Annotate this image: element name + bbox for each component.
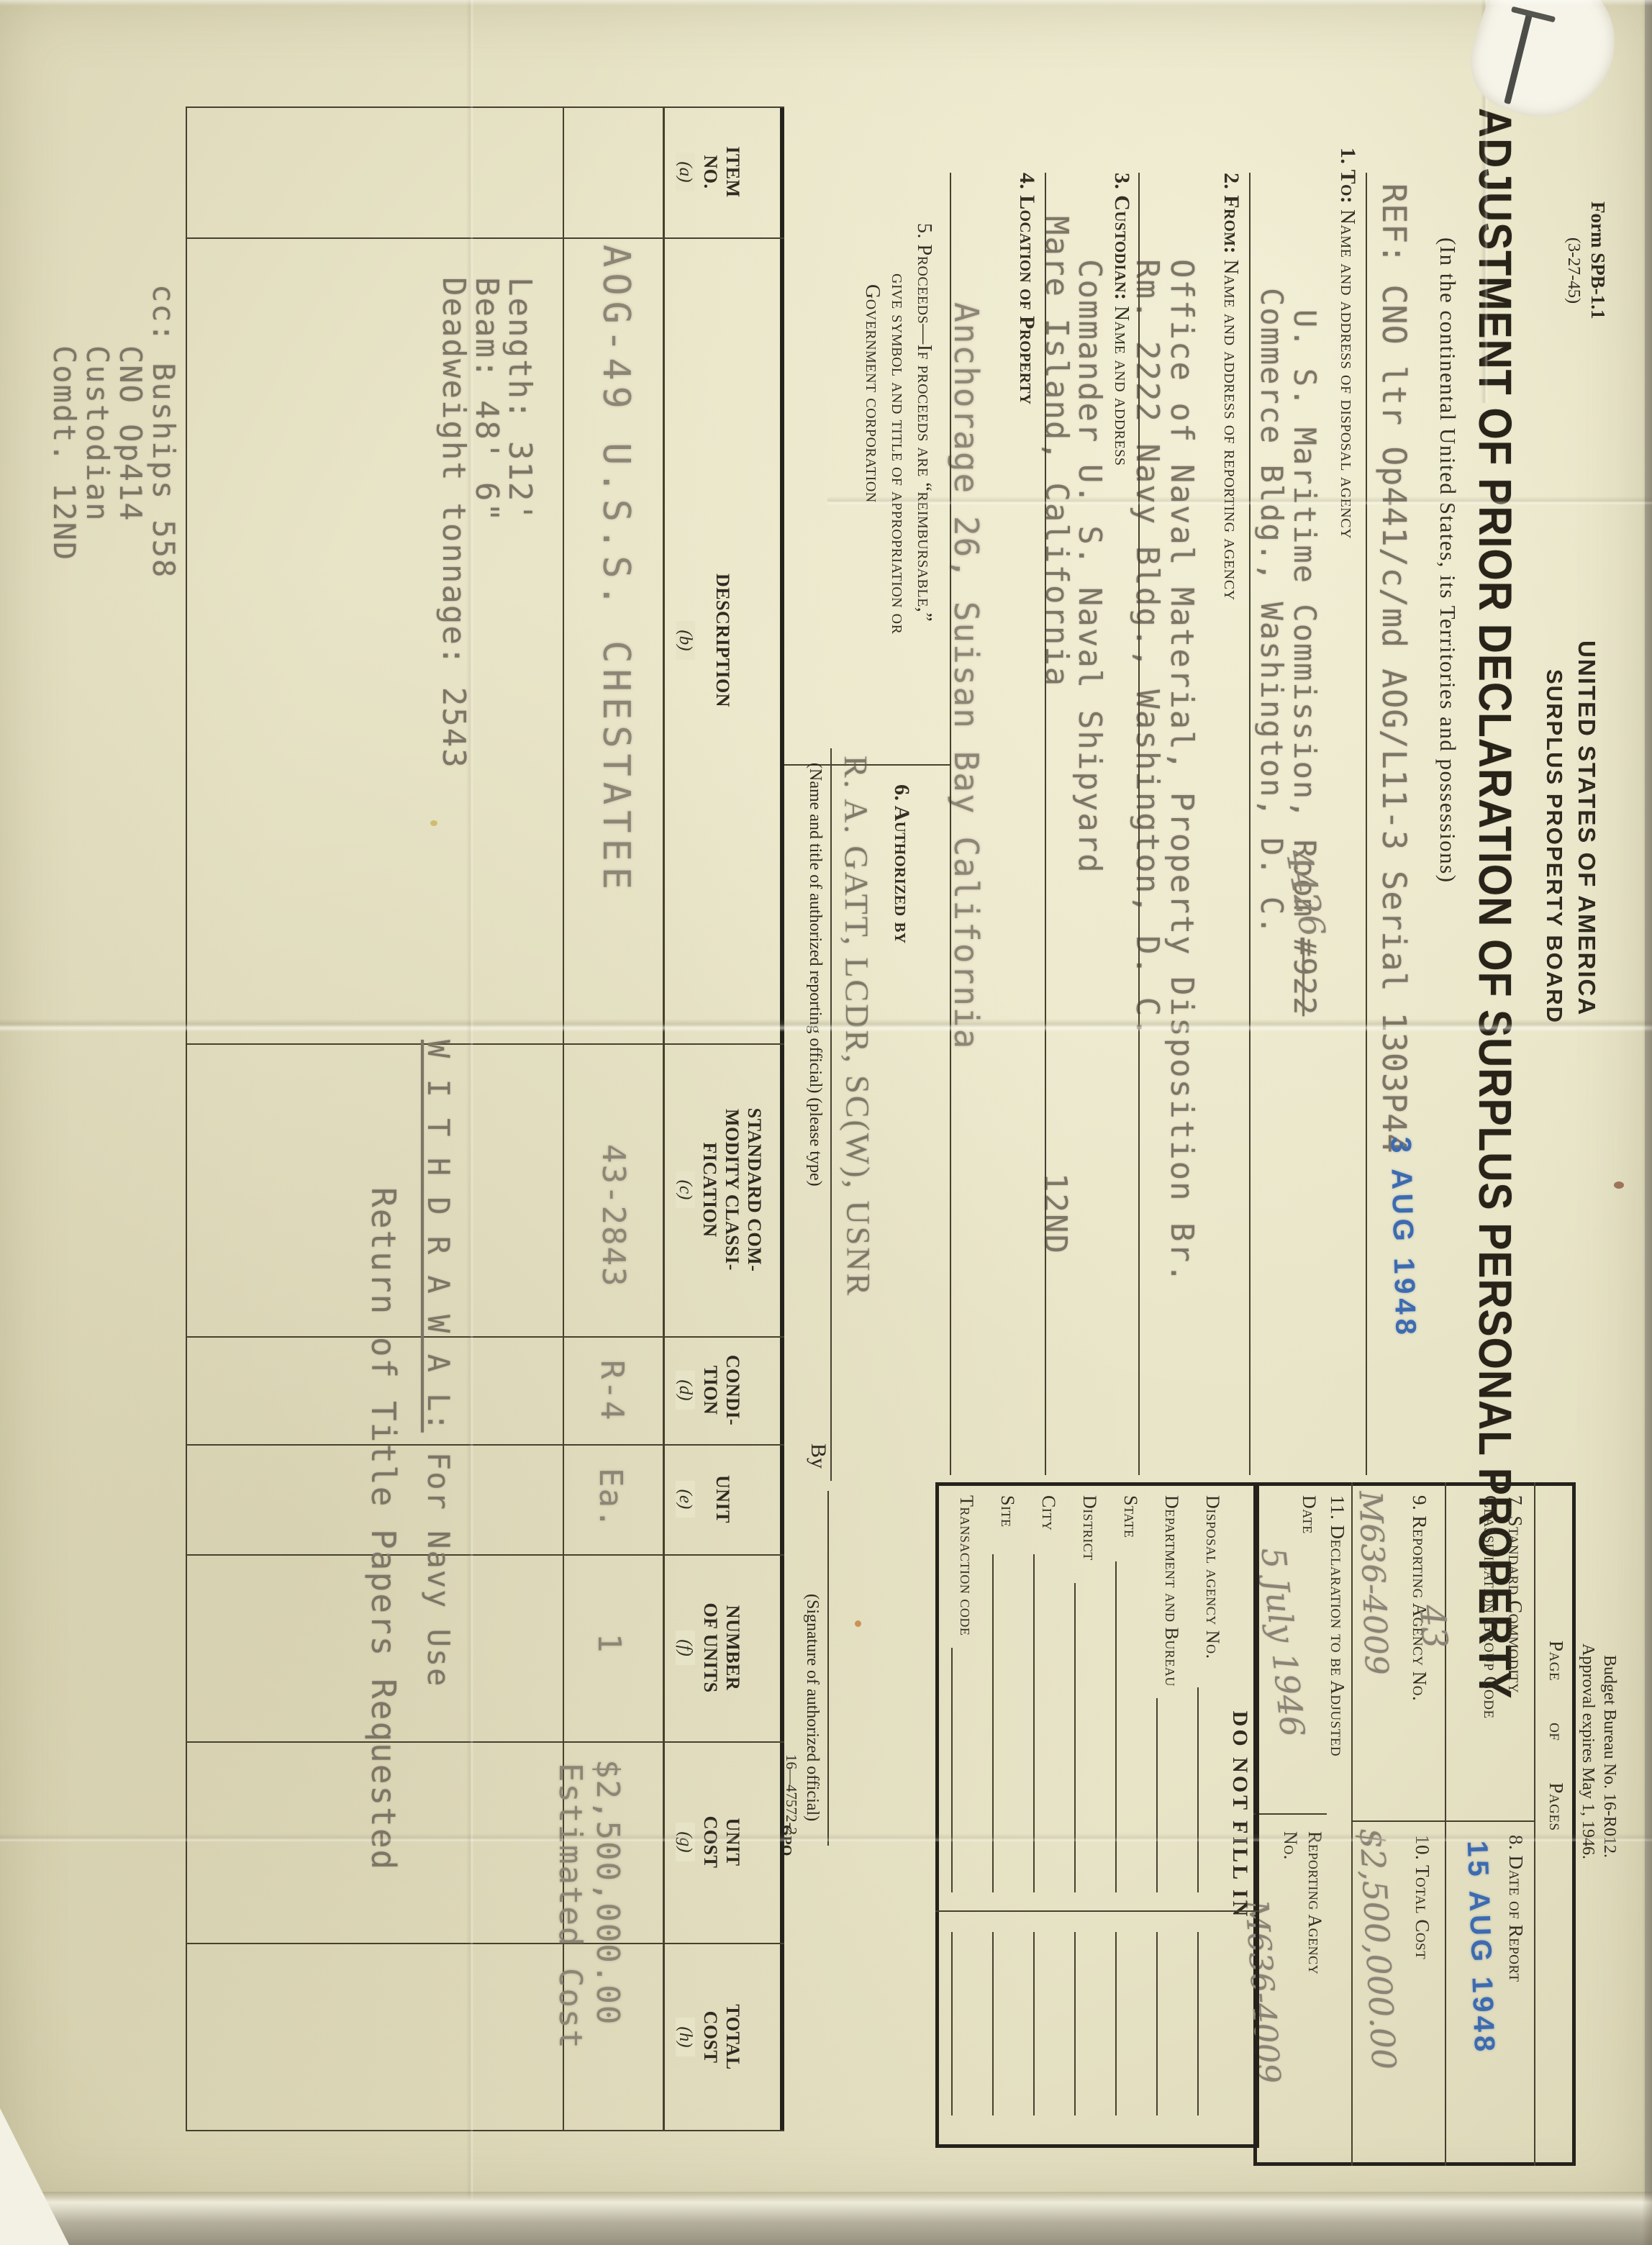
typed-property-location: Anchorage 26, Suisan Bay California: [947, 302, 986, 1050]
col-header-description: DESCRIPTION: [712, 237, 734, 1043]
page-title: ADJUSTMENT OF PRIOR DECLARATION OF SURPL…: [1468, 108, 1521, 1699]
divider-2-3: [1138, 173, 1140, 1475]
section-3-number: 3. Custodian:: [1110, 173, 1134, 300]
col-header-condition: CONDI- TION: [699, 1336, 744, 1444]
withdrawal-note: W I T H D R A W A L: For Navy Use: [421, 1040, 456, 1687]
dnf-row-label: City: [1038, 1495, 1059, 1530]
col-header-commodity: STANDARD COM- MODITY CLASSI- FICATION: [698, 1043, 766, 1336]
paper-bottom-edge: [0, 2192, 1652, 2245]
dnf-rule: [1074, 1932, 1076, 2115]
dnf-row-label: Department and Bureau: [1161, 1495, 1182, 1687]
paper-stain: [1614, 1182, 1624, 1189]
dnf-rule: [1115, 1561, 1117, 1892]
item9-handwritten-value: 43: [1411, 1603, 1455, 1651]
section-1-number: 1. To:: [1336, 148, 1360, 204]
dnf-rule: [992, 1932, 994, 2115]
dnf-rule: [1074, 1583, 1076, 1892]
dnf-rule: [1197, 1687, 1199, 1892]
section-5-line3: Government corporation: [861, 284, 884, 503]
agency-name: UNITED STATES OF AMERICA: [1573, 640, 1600, 1015]
info-box-line-2: [1445, 1482, 1446, 2166]
section-3-caption: Name and address: [1110, 306, 1133, 466]
row-cost-note: Estimated Cost: [552, 1763, 589, 2050]
item8-label: 8. Date of Report: [1504, 1835, 1527, 1982]
item10-label: 10. Total Cost: [1411, 1835, 1433, 1959]
item11-sub-divider: [1253, 1813, 1327, 1815]
form-number: Form SPB-1.1: [1587, 201, 1609, 319]
paper-right-edge: [1642, 0, 1652, 2245]
received-date-stamp: 3 AUG 1948: [1384, 1136, 1421, 1339]
dnf-row-label: District: [1079, 1495, 1100, 1561]
scanned-document: Form SPB-1.1 (3-27-45) Budget Bureau No.…: [0, 0, 1652, 2245]
row-condition: R-4: [594, 1360, 630, 1421]
table-header-border: [663, 106, 665, 2131]
section-2-number: 2. From:: [1220, 173, 1243, 254]
signature-caption: (Signature of authorized official): [802, 1594, 822, 1821]
col-tag-d: (d): [675, 1336, 695, 1444]
col-tag-b: (b): [675, 237, 695, 1043]
do-not-fill-divider: [935, 1910, 1259, 1912]
col-header-number: NUMBER OF UNITS: [699, 1554, 744, 1741]
section-6-label: 6. Authorized by: [889, 784, 914, 943]
typed-reporting-agency-line2: Rm. 2222 Navy Bldg., Washington, D. C.: [1129, 259, 1166, 1038]
dnf-rule: [1156, 1932, 1158, 2115]
print-code: 16—47572-2: [782, 1754, 800, 1835]
row-number-of-units: 1: [591, 1633, 627, 1654]
cc-line-2: CNO Op414: [113, 345, 148, 522]
info-box-line-1: [1534, 1482, 1535, 2166]
return-title-note: Return of Title Papers Requested: [364, 1187, 403, 1871]
col-tag-c: (c): [675, 1043, 695, 1336]
spec-deadweight: Deadweight tonnage: 2543: [435, 277, 472, 769]
col-tag-g: (g): [675, 1741, 695, 1943]
name-title-caption: (Name and title of authorized reporting …: [805, 763, 825, 1187]
form-revision: (3-27-45): [1563, 237, 1583, 304]
cc-line-1: cc: Buships 558: [146, 284, 181, 579]
section-2-label: 2. From: Name and address of reporting a…: [1219, 173, 1243, 601]
dnf-rule: [1197, 1932, 1199, 2115]
section-1-label: 1. To: Name and address of disposal agen…: [1335, 148, 1360, 539]
col-header-item-no: ITEM NO.: [699, 106, 744, 237]
col-tag-f: (f): [675, 1554, 695, 1741]
struck-room-number: #922: [1287, 938, 1322, 1016]
section-3-label: 3. Custodian: Name and address: [1109, 173, 1134, 466]
ref-underline: [1366, 173, 1367, 1475]
typed-reporting-agency: Office of Naval Material, Property Dispo…: [1163, 259, 1200, 1284]
spec-length: Length: 312': [501, 277, 538, 523]
do-not-fill-title: DO NOT FILL IN: [1227, 1482, 1252, 2148]
dnf-row-label: Site: [997, 1495, 1018, 1527]
table-bottom-border: [186, 106, 187, 2131]
cc-line-3: Custodian: [80, 345, 115, 522]
typed-district-code: 12ND: [1037, 1173, 1074, 1255]
divider-1-2: [1249, 173, 1251, 1475]
table-top-border: [780, 106, 784, 2131]
signature-rule-2: [827, 1491, 829, 1846]
paper-top-edge: [0, 0, 1652, 6]
dnf-rule: [1115, 1932, 1117, 2115]
section-2-caption: Name and address of reporting agency: [1220, 260, 1243, 601]
section-5-line2: give symbol and title of appropriation o…: [886, 273, 909, 634]
signature-rule-1: [830, 748, 832, 1481]
rotated-form: Form SPB-1.1 (3-27-45) Budget Bureau No.…: [16, 0, 1628, 2202]
dnf-row-label: Disposal agency No.: [1202, 1495, 1223, 1659]
divider-3-4: [1045, 173, 1046, 1475]
col-tag-a: (a): [675, 106, 695, 237]
dnf-row-label: Transaction code: [956, 1495, 977, 1636]
section-5-line1: 5. Proceeds—If proceeds are “reimbursabl…: [912, 223, 935, 622]
dnf-rule: [1156, 1698, 1158, 1892]
ref-line: REF: CNO ltr Op441/c/md AOG/L11-3 Serial…: [1375, 183, 1413, 1153]
section-1-caption: Name and address of disposal agency: [1336, 209, 1359, 539]
board-name: SURPLUS PROPERTY BOARD: [1541, 669, 1567, 986]
item9-label: 9. Reporting Agency No.: [1408, 1495, 1430, 1701]
dnf-rule: [1033, 1554, 1035, 1892]
row-description: AOG-49 U.S.S. CHESTATEE: [594, 245, 637, 895]
paper-stain: [855, 1620, 861, 1627]
dnf-rule: [992, 1554, 994, 1892]
col-tag-e: (e): [675, 1444, 695, 1554]
spec-beam: Beam: 48' 6": [468, 277, 505, 523]
info-box-line-3: [1351, 1482, 1353, 2166]
divider-4-5: [950, 173, 951, 1475]
by-label: By: [806, 1443, 830, 1469]
item7-label: 7. Standard Commodity Classification Gro…: [1479, 1495, 1528, 1797]
row-unit-cost: $2,500,000.00: [589, 1759, 626, 2026]
official-name-stamp: R. A. GATT, LCDR, SC(W), USNR: [837, 756, 878, 1297]
dnf-rule: [951, 1932, 953, 2115]
item11-date-label: Date: [1298, 1495, 1320, 1534]
col-header-total-cost: TOTAL COST: [699, 1943, 744, 2131]
item11-label: 11. Declaration to be Adjusted: [1326, 1495, 1348, 1756]
row-unit: Ea.: [592, 1468, 629, 1529]
cc-line-4: Comdt. 12ND: [47, 345, 82, 561]
dnf-row-label: State: [1120, 1495, 1141, 1538]
section-4-label: 4. Location of Property: [1015, 173, 1039, 404]
budget-note-line2: Approval expires May 1, 1946.: [1578, 1643, 1597, 1859]
col-tag-h: (h): [675, 1943, 695, 2131]
row-commodity: 43-2843: [595, 1144, 632, 1287]
col-header-unit: UNIT: [712, 1444, 734, 1554]
paper-stain: [430, 820, 437, 826]
page-of-pages: Page of Pages: [1545, 1641, 1567, 1831]
info-box-col-divider: [1353, 1820, 1535, 1822]
col-header-unit-cost: UNIT COST: [699, 1741, 744, 1943]
typed-custodian-line2: Mare Island, California: [1038, 216, 1075, 687]
budget-note-line1: Budget Bureau No. 16-R012.: [1599, 1655, 1619, 1858]
dnf-rule: [1033, 1932, 1035, 2115]
item11-agency-label: Reporting Agency No.: [1278, 1831, 1327, 1974]
item9-pencil-code: M636-4009: [1352, 1490, 1395, 1676]
typed-disposal-agency-line2: Commerce Bldg., Washington, D. C.: [1254, 288, 1289, 935]
dnf-rule: [951, 1648, 953, 1892]
page-subtitle: (In the continental United States, its T…: [1435, 237, 1461, 884]
typed-custodian: Commander U. S. Naval Shipyard: [1071, 259, 1108, 874]
